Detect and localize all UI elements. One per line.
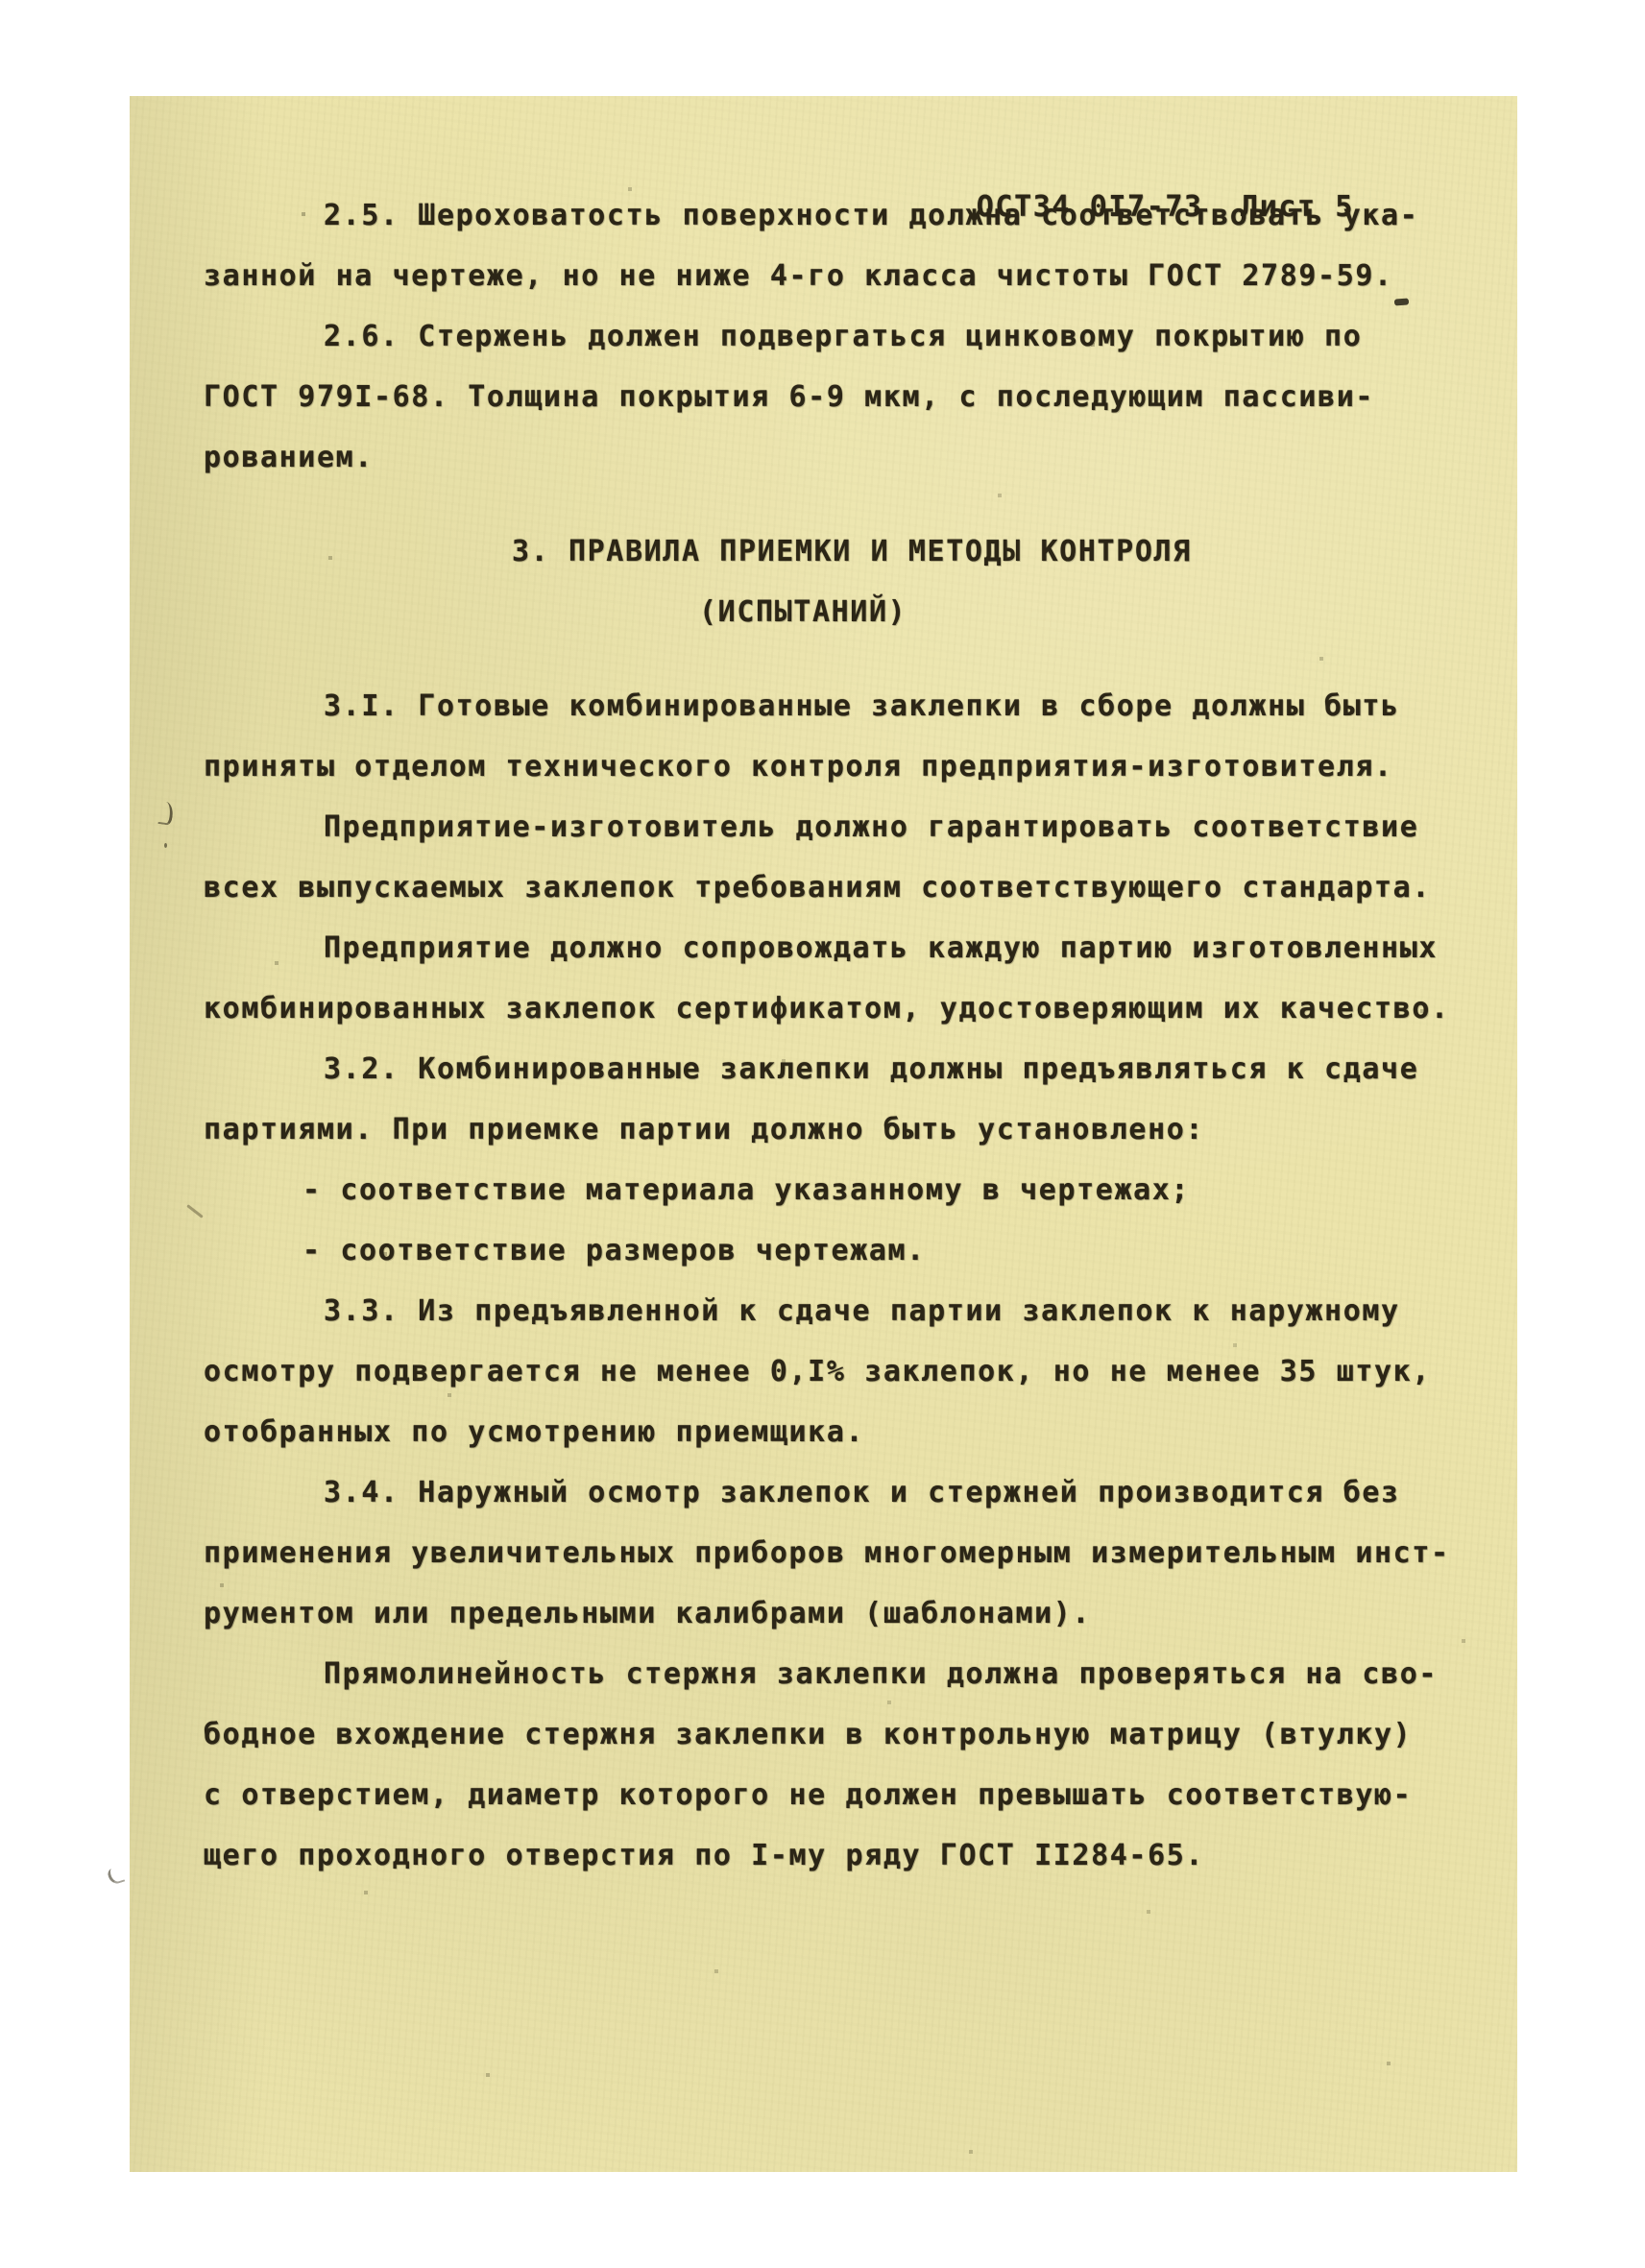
scanned-page: ОСТ34 0I7-73 Лист 5 2.5. Шероховатость п… <box>0 0 1645 2268</box>
para-3-1-line-1: 3.I. Готовые комбинированные заклепки в … <box>204 676 1440 736</box>
list-item-material: - соответствие материала указанному в че… <box>204 1160 1440 1220</box>
para-2-5-line-2: занной на чертеже, но не ниже 4-го класс… <box>204 246 1440 306</box>
scan-artifact <box>157 801 174 826</box>
para-3-4-line-2: применения увеличительных приборов много… <box>204 1523 1440 1583</box>
para-3-4a-line-4: щего проходного отверстия по I-му ряду Г… <box>204 1825 1440 1886</box>
para-3-4-line-3: рументом или предельными калибрами (шабл… <box>204 1583 1440 1644</box>
para-3-1a-line-2: всех выпускаемых заклепок требованиям со… <box>204 857 1440 918</box>
para-3-3-line-2: осмотру подвергается не менее 0,I% закле… <box>204 1341 1440 1402</box>
para-3-1a-line-1: Предприятие-изготовитель должно гарантир… <box>204 797 1440 857</box>
para-2-6-line-1: 2.6. Стержень должен подвергаться цинков… <box>204 306 1440 367</box>
para-3-4-line-1: 3.4. Наружный осмотр заклепок и стержней… <box>204 1462 1440 1523</box>
paper-texture <box>130 96 132 98</box>
para-3-1b-line-2: комбинированных заклепок сертификатом, у… <box>204 978 1440 1039</box>
scan-artifact <box>1394 298 1409 305</box>
section-3-subheading: (ИСПЫТАНИЙ) <box>204 582 1440 642</box>
list-item-dimensions: - соответствие размеров чертежам. <box>204 1220 1440 1281</box>
para-3-4a-line-2: бодное вхождение стержня заклепки в конт… <box>204 1704 1440 1765</box>
para-2-5-line-1: 2.5. Шероховатость поверхности должна со… <box>204 185 1440 246</box>
para-2-6-line-3: рованием. <box>204 427 1440 488</box>
paper-sheet: ОСТ34 0I7-73 Лист 5 2.5. Шероховатость п… <box>130 96 1517 2172</box>
para-3-2-line-1: 3.2. Комбинированные заклепки должны пре… <box>204 1039 1440 1099</box>
document-body: 2.5. Шероховатость поверхности должна со… <box>204 185 1440 1886</box>
para-3-1b-line-1: Предприятие должно сопровождать каждую п… <box>204 918 1440 978</box>
section-3-heading: 3. ПРАВИЛА ПРИЕМКИ И МЕТОДЫ КОНТРОЛЯ <box>204 521 1440 582</box>
para-3-4a-line-3: с отверстием, диаметр которого не должен… <box>204 1765 1440 1825</box>
para-2-6-line-2: ГОСТ 979I-68. Толщина покрытия 6-9 мкм, … <box>204 367 1440 427</box>
para-3-3-line-1: 3.3. Из предъявленной к сдаче партии зак… <box>204 1281 1440 1341</box>
para-3-1-line-2: приняты отделом технического контроля пр… <box>204 736 1440 797</box>
para-3-4a-line-1: Прямолинейность стержня заклепки должна … <box>204 1644 1440 1704</box>
scan-artifact <box>164 843 167 848</box>
page-header: ОСТ34 0I7-73 Лист 5 <box>863 116 1354 177</box>
scan-artifact <box>186 1204 204 1218</box>
para-3-3-line-3: отобранных по усмотрению приемщика. <box>204 1402 1440 1462</box>
para-3-2-line-2: партиями. При приемке партии должно быть… <box>204 1099 1440 1160</box>
scan-artifact <box>107 1866 126 1886</box>
